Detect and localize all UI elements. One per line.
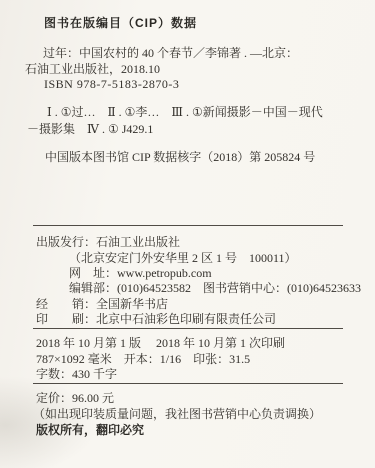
publisher-line: 出版发行：石油工业出版社: [36, 235, 180, 249]
copyright-notice-line: 版权所有，翻印必究: [36, 423, 144, 437]
contact-phones-line: 编辑部：(010)64523582 图书营销中心：(010)64523633: [69, 281, 361, 295]
website-line: 网 址：www.petropub.com: [69, 266, 212, 280]
divider-top: [33, 225, 343, 226]
divider-bottom: [33, 383, 343, 384]
edition-line: 2018 年 10 月第 1 版 2018 年 10 月第 1 次印刷: [36, 336, 285, 350]
price-line: 定价：96.00 元: [36, 391, 114, 405]
cip-heading: 图书在版编目（CIP）数据: [44, 16, 197, 30]
format-line: 787×1092 毫米 开本：1/16 印张：31.5: [36, 352, 250, 366]
cip-record-line-2: 石油工业出版社，2018.10: [25, 62, 160, 76]
wordcount-line: 字数：430 千字: [36, 367, 117, 381]
cip-registry-line: 中国版本图书馆 CIP 数据核字（2018）第 205824 号: [45, 150, 315, 164]
printing-line: 印 刷：北京中石油彩色印刷有限责任公司: [36, 312, 276, 326]
divider-middle: [33, 328, 343, 329]
isbn-line: ISBN 978-7-5183-2870-3: [44, 77, 179, 91]
distribution-line: 经 销：全国新华书店: [36, 297, 168, 311]
cip-record-line-1: 过年：中国农村的 40 个春节／李锦著 . —北京：: [43, 46, 298, 60]
quality-notice-line: （如出现印装质量问题，我社图书营销中心负责调换）: [33, 407, 321, 421]
cip-classification-line-1: Ⅰ . ①过… Ⅱ . ①李… Ⅲ . ①新闻摄影－中国－现代: [47, 105, 323, 119]
publisher-address-line: （北京安定门外安华里 2 区 1 号 100011）: [69, 251, 297, 265]
book-copyright-page: 图书在版编目（CIP）数据 过年：中国农村的 40 个春节／李锦著 . —北京：…: [0, 0, 375, 468]
cip-classification-line-2: －摄影集 Ⅳ . ① J429.1: [27, 122, 153, 136]
